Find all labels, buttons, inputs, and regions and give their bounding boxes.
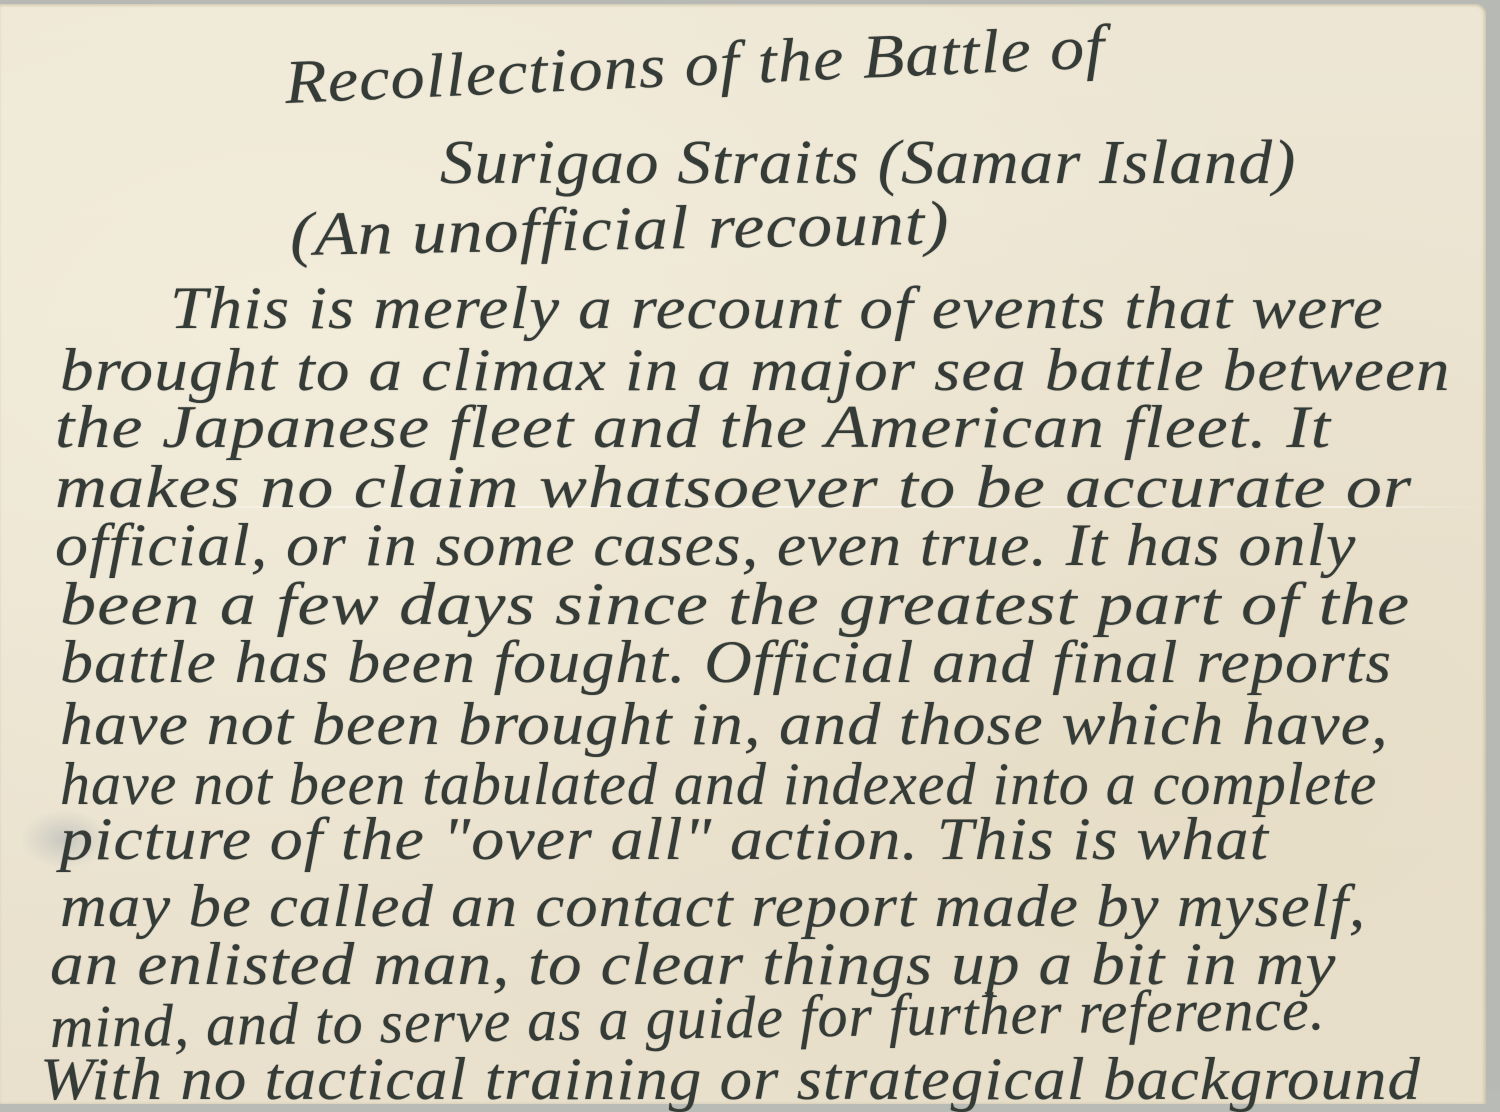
handwritten-page: Recollections of the Battle of Surigao S… [0,4,1486,1089]
body-line: makes no claim whatsoever to be accurate… [55,457,1412,517]
body-line: been a few days since the greatest part … [60,574,1410,634]
body-line: picture of the "over all" action. This i… [60,809,1269,869]
body-line: the Japanese fleet and the American flee… [55,397,1331,457]
heading-line-3: (An unofficial recount) [289,192,950,266]
body-line: have not been brought in, and those whic… [60,694,1389,754]
body-line: have not been tabulated and indexed into… [60,754,1377,814]
body-line: battle has been fought. Official and fin… [60,632,1392,692]
body-line: This is merely a recount of events that … [170,278,1384,338]
body-line: official, or in some cases, even true. I… [55,515,1356,575]
heading-line-2: Surigao Straits (Samar Island) [440,132,1296,194]
heading-line-1: Recollections of the Battle of [284,16,1107,114]
body-line: With no tactical training or strategical… [40,1049,1421,1089]
body-line: may be called an contact report made by … [60,876,1366,936]
body-line: brought to a climax in a major sea battl… [60,340,1451,400]
